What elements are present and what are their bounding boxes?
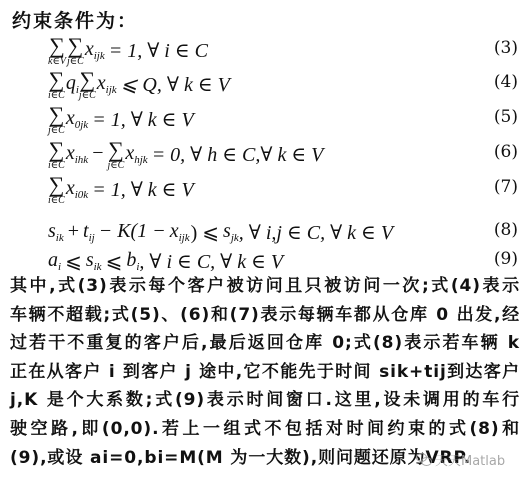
equation-rhs: ⩽ Q, ∀ k ∈ V — [121, 70, 230, 97]
wechat-logo-icon — [416, 453, 432, 466]
variable-x: xhjk — [125, 140, 147, 166]
watermark-text: 天天Matlab — [435, 450, 505, 469]
equation-number: (5) — [494, 107, 518, 127]
document-page: 约束条件为： ∑k∈V ∑j∈C xijk = 1, ∀ i ∈ C (3) ∑… — [0, 0, 527, 488]
summation-symbol: ∑i∈C — [48, 140, 65, 171]
variable-x: xi0k — [66, 175, 88, 201]
variable-q: qi — [66, 70, 79, 96]
minus-operator: − — [92, 140, 103, 165]
summation-symbol: ∑i∈C — [48, 175, 65, 206]
equation-7: ∑i∈C xi0k = 1, ∀ k ∈ V (7) — [48, 175, 518, 205]
paragraph-line: 驶空路,即(0,0).若上一组式不包括对时间约束的式(8)和 — [10, 415, 520, 444]
equation-rhs: = 1, ∀ i ∈ C — [109, 36, 208, 63]
summation-symbol: ∑j∈C — [107, 140, 124, 171]
equation-rhs: = 1, ∀ k ∈ V — [92, 105, 193, 132]
variable-x: xijk — [97, 70, 117, 96]
variable-x: xihk — [66, 140, 88, 166]
equation-number: (7) — [494, 177, 518, 197]
equation-5: ∑j∈C x0jk = 1, ∀ k ∈ V (5) — [48, 105, 518, 135]
equation-number: (6) — [494, 142, 518, 162]
watermark: 天天Matlab — [416, 450, 505, 469]
constraints-heading: 约束条件为： — [12, 6, 138, 33]
summation-symbol: ∑j∈C — [48, 105, 65, 136]
equation-number: (9) — [494, 249, 518, 269]
paragraph-line: 其中,式(3)表示每个客户被访问且只被访问一次;式(4)表示 — [10, 272, 520, 301]
paragraph-line: j,K 是个大系数;式(9)表示时间窗口.这里,设未调用的车行 — [10, 386, 520, 415]
equation-8: sik + tij − K(1 − xijk ) ⩽ sjk , ∀ i,j ∈… — [48, 218, 518, 248]
equation-number: (8) — [494, 220, 518, 240]
equation-3: ∑k∈V ∑j∈C xijk = 1, ∀ i ∈ C (3) — [48, 36, 518, 66]
equation-number: (4) — [494, 72, 518, 92]
summation-symbol: ∑k∈V — [48, 36, 66, 67]
equation-6: ∑i∈C xihk − ∑j∈C xhjk = 0, ∀ h ∈ C,∀ k ∈… — [48, 140, 518, 170]
equation-rhs: = 0, ∀ h ∈ C,∀ k ∈ V — [152, 140, 324, 167]
variable-x: x0jk — [66, 105, 88, 131]
summation-symbol: ∑j∈C — [79, 70, 96, 101]
explanation-paragraph: 其中,式(3)表示每个客户被访问且只被访问一次;式(4)表示 车辆不超载;式(5… — [10, 272, 520, 472]
equation-number: (3) — [494, 38, 518, 58]
paragraph-line: 正在从客户 i 到客户 j 途中,它不能先于时间 sik+tij到达客户 — [10, 358, 520, 387]
paragraph-line: 车辆不超载;式(5)、(6)和(7)表示每辆车都从仓库 0 出发,经 — [10, 301, 520, 330]
equation-4: ∑i∈C qi ∑j∈C xijk ⩽ Q, ∀ k ∈ V (4) — [48, 70, 518, 100]
variable-x: xijk — [85, 36, 105, 62]
equation-rhs: = 1, ∀ k ∈ V — [92, 175, 193, 202]
summation-symbol: ∑j∈C — [67, 36, 84, 67]
summation-symbol: ∑i∈C — [48, 70, 65, 101]
paragraph-line: 过若干不重复的客户后,最后返回仓库 0;式(8)表示若车辆 k — [10, 329, 520, 358]
